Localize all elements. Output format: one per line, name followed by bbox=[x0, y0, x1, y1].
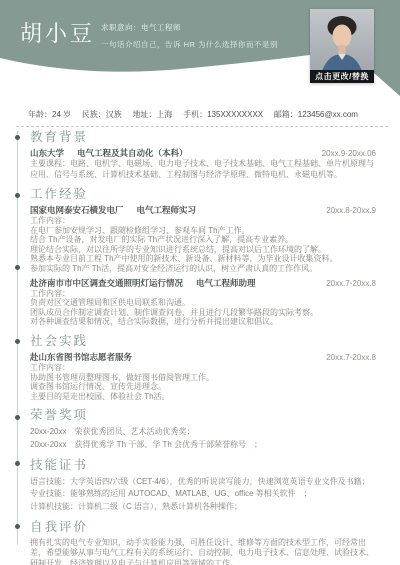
honor-line: 20xx-20xx 获得优秀学 Th 干部、学 Th 会优秀干部荣誉称号 ； bbox=[30, 439, 376, 451]
tagline: 一句话介绍自己，告诉 HR 为什么选择你而不是别 bbox=[101, 39, 278, 50]
practice-name: 赴山东省图书馆志愿者服务 bbox=[30, 352, 132, 362]
job-duty-line: 熟悉本专业目前工程 Th产中使用的新技术、新设备、新材料等，为毕业设计收集资料。 bbox=[30, 254, 376, 264]
practice-entry-head: 赴山东省图书馆志愿者服务 20xx.7-20xx.8 bbox=[30, 352, 376, 362]
edu-school: 山东大学 bbox=[30, 148, 64, 158]
job-duty-line: 对各种调查结果和情况，结合实际数据，进行分析并提出建议和倡议。 bbox=[30, 317, 376, 327]
practice-duty-label: 工作内容： bbox=[30, 363, 376, 373]
job-entry-left: 国家电网泰安石横发电厂电气工程师实习 bbox=[30, 205, 196, 215]
job-duty-line: 理论结合实际，对以往所学的专业知识进行系统总结，提高对以后工作环境的了解。 bbox=[30, 245, 376, 255]
practice-line: 协助图书管理员整理图书，做好图书借阅管理工作。 bbox=[30, 373, 376, 383]
job-role: 电气工程师实习 bbox=[137, 205, 197, 215]
timeline-dot bbox=[15, 135, 20, 140]
resume-content: 教育背景 山东大学电气工程及其自动化（本科） 20xx.9-20xx.06 主要… bbox=[30, 130, 376, 565]
job-duty-label: 工作内容： bbox=[30, 216, 376, 226]
job-entry: 赴济南市市中区调查交通照明灯运行情况电气工程师助理 20xx.7-20xx.8 … bbox=[30, 278, 376, 327]
section-honors: 荣誉奖项 20xx-20xx 荣获优秀团员、艺术活动优秀奖； 20xx-20xx… bbox=[30, 408, 376, 451]
section-title-skills: 技能证书 bbox=[30, 458, 376, 472]
info-phone: 手机：135XXXXXXXX bbox=[183, 109, 263, 120]
job-duty-label: 工作内容： bbox=[30, 289, 376, 299]
job-company: 赴济南市市中区调查交通照明灯运行情况 bbox=[30, 278, 183, 288]
practice-line: 调查图书馆运行情况、宣传先进理念。 bbox=[30, 382, 376, 392]
job-role: 电气工程师助理 bbox=[196, 278, 256, 288]
photo-replace-button[interactable]: 点击更改/替换 bbox=[310, 70, 374, 83]
evaluation-text: 拥有扎实的电气专业知识，动手实验能力强，可胜任设计、维修等方面的技术型工作，可经… bbox=[30, 538, 376, 565]
candidate-name: 胡小豆 bbox=[20, 17, 95, 48]
intent-block: 求职意向：电气工程师 一句话介绍自己，告诉 HR 为什么选择你而不是别 bbox=[101, 22, 278, 50]
section-title-practice: 社会实践 bbox=[30, 334, 376, 348]
timeline-dot bbox=[15, 193, 20, 198]
info-address: 地址：上海 bbox=[132, 109, 172, 120]
education-entry-head: 山东大学电气工程及其自动化（本科） 20xx.9-20xx.06 bbox=[30, 148, 376, 158]
info-age: 年龄：24 岁 bbox=[28, 109, 71, 120]
timeline-dot bbox=[15, 415, 20, 420]
info-ethnicity: 民族：汉族 bbox=[82, 109, 122, 120]
section-evaluation: 自我评价 拥有扎实的电气专业知识，动手实验能力强，可胜任设计、维修等方面的技术型… bbox=[30, 520, 376, 565]
edu-date: 20xx.9-20xx.06 bbox=[322, 149, 376, 158]
section-title-work: 工作经验 bbox=[30, 187, 376, 201]
job-entry-head: 国家电网泰安石横发电厂电气工程师实习 20xx.8-20xx.9 bbox=[30, 205, 376, 215]
job-duty-line: 参加实际的 Th产 Th活，提高对安全经济运行的认识，树立严肃认真的工作作风。 bbox=[30, 264, 376, 274]
resume-page: 胡小豆 求职意向：电气工程师 一句话介绍自己，告诉 HR 为什么选择你而不是别 bbox=[0, 0, 400, 565]
timeline-dot bbox=[15, 524, 20, 529]
section-title-education: 教育背景 bbox=[30, 130, 376, 144]
job-entry-head: 赴济南市市中区调查交通照明灯运行情况电气工程师助理 20xx.7-20xx.8 bbox=[30, 278, 376, 288]
section-skills: 技能证书 语言技能：大学英语四/六级（CET-4/6），优秀的听说读写能力，快速… bbox=[30, 458, 376, 513]
job-company: 国家电网泰安石横发电厂 bbox=[30, 205, 124, 215]
info-bar: 年龄：24 岁 民族：汉族 地址：上海 手机：135XXXXXXXX 邮箱：12… bbox=[28, 109, 358, 120]
job-duty-line: 在电厂参加安规学习、跟随检修组学习、参观车间 Th产工作。 bbox=[30, 226, 376, 236]
section-title-honors: 荣誉奖项 bbox=[30, 408, 376, 422]
education-entry-left: 山东大学电气工程及其自动化（本科） bbox=[30, 148, 188, 158]
skill-line: 专业技能：能够熟练的运用 AUTOCAD、MATLAB、UG、office 等相… bbox=[30, 488, 376, 500]
header: 胡小豆 求职意向：电气工程师 一句话介绍自己，告诉 HR 为什么选择你而不是别 bbox=[0, 0, 400, 105]
timeline-dot bbox=[15, 461, 20, 466]
skill-line: 计算机技能：计算机二级（C 语言），熟悉计算机各种操作； bbox=[30, 501, 376, 513]
section-title-evaluation: 自我评价 bbox=[30, 520, 376, 534]
dashed-divider bbox=[16, 126, 388, 127]
job-intention: 求职意向：电气工程师 bbox=[101, 22, 278, 33]
job-duty-line: 负责对区交通管理局和区供电局联系和沟通。 bbox=[30, 298, 376, 308]
section-practice: 社会实践 赴山东省图书馆志愿者服务 20xx.7-20xx.8 工作内容： 协助… bbox=[30, 334, 376, 401]
skill-line: 语言技能：大学英语四/六级（CET-4/6），优秀的听说读写能力，快速浏览英语专… bbox=[30, 476, 376, 488]
timeline-dot bbox=[15, 339, 20, 344]
section-work: 工作经验 国家电网泰安石横发电厂电气工程师实习 20xx.8-20xx.9 工作… bbox=[30, 187, 376, 327]
job-date: 20xx.8-20xx.9 bbox=[326, 206, 376, 215]
job-duty-line: 团队成员合作制定调查计划、制作调查问卷，并且进行几段繁华路段的实际考察。 bbox=[30, 308, 376, 318]
edu-courses: 主要课程：电路、电机学、电磁场、电力电子技术、电子技术基础、电气工程基础、单片机… bbox=[30, 159, 376, 180]
practice-line: 主要目的是走出校园、体验社会 Th活。 bbox=[30, 392, 376, 402]
profile-photo[interactable]: 点击更改/替换 bbox=[310, 9, 374, 83]
honor-line: 20xx-20xx 荣获优秀团员、艺术活动优秀奖； bbox=[30, 426, 376, 438]
job-date: 20xx.7-20xx.8 bbox=[326, 279, 376, 288]
info-email: 邮箱：123456@xx.com bbox=[274, 109, 358, 120]
job-entry-left: 赴济南市市中区调查交通照明灯运行情况电气工程师助理 bbox=[30, 278, 256, 288]
timeline-dot bbox=[15, 265, 20, 270]
practice-date: 20xx.7-20xx.8 bbox=[326, 353, 376, 362]
job-duty-line: 结合 Th产设备，对发电厂的实际 Th产状况进行深入了解，提高专业素养。 bbox=[30, 235, 376, 245]
section-education: 教育背景 山东大学电气工程及其自动化（本科） 20xx.9-20xx.06 主要… bbox=[30, 130, 376, 180]
job-entry: 国家电网泰安石横发电厂电气工程师实习 20xx.8-20xx.9 工作内容： 在… bbox=[30, 205, 376, 274]
edu-major: 电气工程及其自动化（本科） bbox=[77, 148, 188, 158]
